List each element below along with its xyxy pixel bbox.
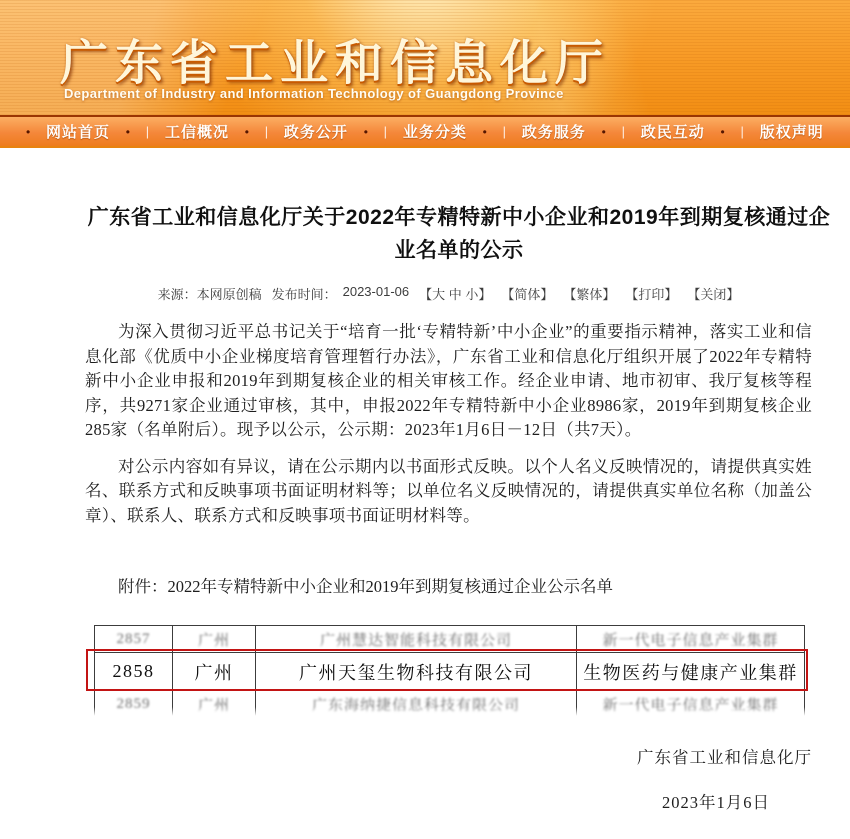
main-nav: • 网站首页 •| 工信概况 •| 政务公开 •| 业务分类 •| 政务服务 •… [0,117,850,148]
nav-bullet-icon: • [245,126,249,138]
cell-city: 广州 [173,653,256,691]
signature-org: 广东省工业和信息化厅 [85,744,812,768]
nav-item-home[interactable]: 网站首页 [46,121,110,142]
nav-separator: | [741,124,744,139]
article-title: 广东省工业和信息化厅关于2022年专精特新中小企业和2019年到期复核通过企业名… [85,201,833,267]
cell-company: 广州慧达智能科技有限公司 [256,626,577,653]
article-meta: 来源：本网原创稿 发布时间： 2023-01-06 【大 中 小】 【简体】 【… [85,284,812,303]
font-size-control[interactable]: 【大 中 小】 [419,284,491,303]
cell-company: 广东海纳捷信息科技有限公司 [256,691,577,718]
meta-source: 来源：本网原创稿 [158,284,262,303]
nav-separator: | [503,124,506,139]
table-row-blurred: 2857 广州 广州慧达智能科技有限公司 新一代电子信息产业集群 [95,626,805,653]
cell-number: 2859 [95,691,173,718]
attachment-line: 附件：2022年专精特新中小企业和2019年到期复核通过企业公示名单 [85,573,812,597]
simplified-button[interactable]: 【简体】 [501,284,553,303]
site-title-cn: 广东省工业和信息化厅 [60,24,610,93]
nav-separator: | [265,124,268,139]
nav-bullet-icon: • [364,126,368,138]
print-button[interactable]: 【打印】 [625,284,677,303]
nav-item-overview[interactable]: 工信概况 [165,121,229,142]
signature-date: 2023年1月6日 [85,789,812,813]
nav-separator: | [622,124,625,139]
cell-cluster: 新一代电子信息产业集群 [577,626,805,653]
nav-item-copyright[interactable]: 版权声明 [760,121,824,142]
nav-bullet-icon: • [721,126,725,138]
traditional-button[interactable]: 【繁体】 [563,284,615,303]
article-content: 广东省工业和信息化厅关于2022年专精特新中小企业和2019年到期复核通过企业名… [0,201,850,813]
nav-item-gov-affairs[interactable]: 政务公开 [284,121,348,142]
nav-bullet-icon: • [126,126,130,138]
meta-publish-date: 2023-01-06 [343,284,410,303]
close-button[interactable]: 【关闭】 [687,284,739,303]
paragraph-2: 对公示内容如有异议，请在公示期内以书面形式反映。以个人名义反映情况的，请提供真实… [85,455,812,529]
company-list-table: 2857 广州 广州慧达智能科技有限公司 新一代电子信息产业集群 2858 广州… [86,622,808,718]
meta-publish: 发布时间： 2023-01-06 [272,284,410,303]
cell-city: 广州 [173,691,256,718]
cell-city: 广州 [173,626,256,653]
cell-cluster: 生物医药与健康产业集群 [577,653,805,691]
nav-bullet-icon: • [26,126,30,138]
nav-bullet-icon: • [602,126,606,138]
cell-company: 广州天玺生物科技有限公司 [256,653,577,691]
site-banner: 广东省工业和信息化厅 Department of Industry and In… [0,0,850,117]
nav-item-business[interactable]: 业务分类 [403,121,467,142]
table-row-blurred: 2859 广州 广东海纳捷信息科技有限公司 新一代电子信息产业集群 [95,691,805,718]
table-row-highlighted: 2858 广州 广州天玺生物科技有限公司 生物医药与健康产业集群 [95,653,805,691]
nav-bullet-icon: • [483,126,487,138]
cell-number: 2857 [95,626,173,653]
meta-publish-label: 发布时间： [272,284,337,303]
nav-separator: | [384,124,387,139]
site-title-en: Department of Industry and Information T… [64,86,564,101]
nav-item-services[interactable]: 政务服务 [522,121,586,142]
nav-item-interaction[interactable]: 政民互动 [641,121,705,142]
paragraph-1: 为深入贯彻习近平总书记关于“培育一批‘专精特新’中小企业”的重要指示精神，落实工… [85,320,812,443]
cell-number: 2858 [95,653,173,691]
cell-cluster: 新一代电子信息产业集群 [577,691,805,718]
article-body: 为深入贯彻习近平总书记关于“培育一批‘专精特新’中小企业”的重要指示精神，落实工… [85,320,812,528]
nav-separator: | [146,124,149,139]
